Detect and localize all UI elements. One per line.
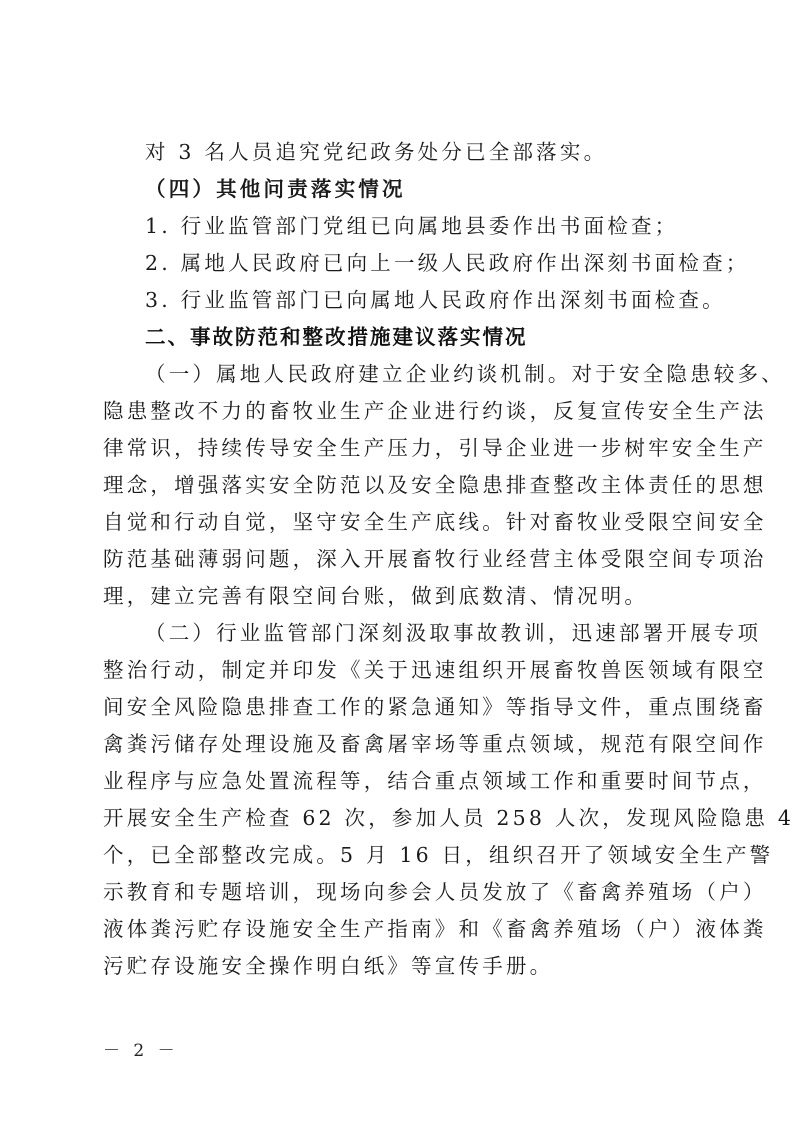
list-item: 3. 行业监管部门已向属地人民政府作出深刻书面检查。: [145, 282, 693, 319]
paragraph-line: 开展安全生产检查 62 次，参加人员 258 人次，发现风险隐患 40: [103, 800, 693, 837]
list-item: 2. 属地人民政府已向上一级人民政府作出深刻书面检查；: [145, 245, 693, 282]
paragraph-line: 律常识，持续传导安全生产压力，引导企业进一步树牢安全生产: [103, 430, 693, 467]
paragraph-line: 理，建立完善有限空间台账，做到底数清、情况明。: [103, 578, 693, 615]
paragraph-line: 液体粪污贮存设施安全生产指南》和《畜禽养殖场（户）液体粪: [103, 911, 693, 948]
paragraph-line: 理念，增强落实安全防范以及安全隐患排查整改主体责任的思想: [103, 467, 693, 504]
page-number: － 2 －: [103, 1036, 179, 1061]
paragraph-line: （一）属地人民政府建立企业约谈机制。对于安全隐患较多、: [145, 356, 693, 393]
paragraph-line: 防范基础薄弱问题，深入开展畜牧行业经营主体受限空间专项治: [103, 541, 693, 578]
paragraph-line: 业程序与应急处置流程等，结合重点领域工作和重要时间节点，: [103, 763, 693, 800]
section-heading: 二、事故防范和整改措施建议落实情况: [145, 319, 693, 356]
paragraph-line: 个，已全部整改完成。5 月 16 日，组织召开了领域安全生产警: [103, 837, 693, 874]
paragraph-line: 示教育和专题培训，现场向参会人员发放了《畜禽养殖场（户）: [103, 874, 693, 911]
list-item: 1. 行业监管部门党组已向属地县委作出书面检查；: [145, 208, 693, 245]
section-subheading: （四）其他问责落实情况: [145, 171, 693, 208]
paragraph-line: 禽粪污储存处理设施及畜禽屠宰场等重点领域，规范有限空间作: [103, 726, 693, 763]
paragraph-line: （二）行业监管部门深刻汲取事故教训，迅速部署开展专项: [145, 615, 693, 652]
document-page: 对 3 名人员追究党纪政务处分已全部落实。 （四）其他问责落实情况 1. 行业监…: [0, 0, 793, 1122]
paragraph-line: 隐患整改不力的畜牧业生产企业进行约谈，反复宣传安全生产法: [103, 393, 693, 430]
paragraph-line: 整治行动，制定并印发《关于迅速组织开展畜牧兽医领域有限空: [103, 652, 693, 689]
paragraph-line: 间安全风险隐患排查工作的紧急通知》等指导文件，重点围绕畜: [103, 689, 693, 726]
paragraph-line: 污贮存设施安全操作明白纸》等宣传手册。: [103, 948, 693, 985]
body-text-line: 对 3 名人员追究党纪政务处分已全部落实。: [145, 134, 693, 171]
paragraph-line: 自觉和行动自觉，坚守安全生产底线。针对畜牧业受限空间安全: [103, 504, 693, 541]
